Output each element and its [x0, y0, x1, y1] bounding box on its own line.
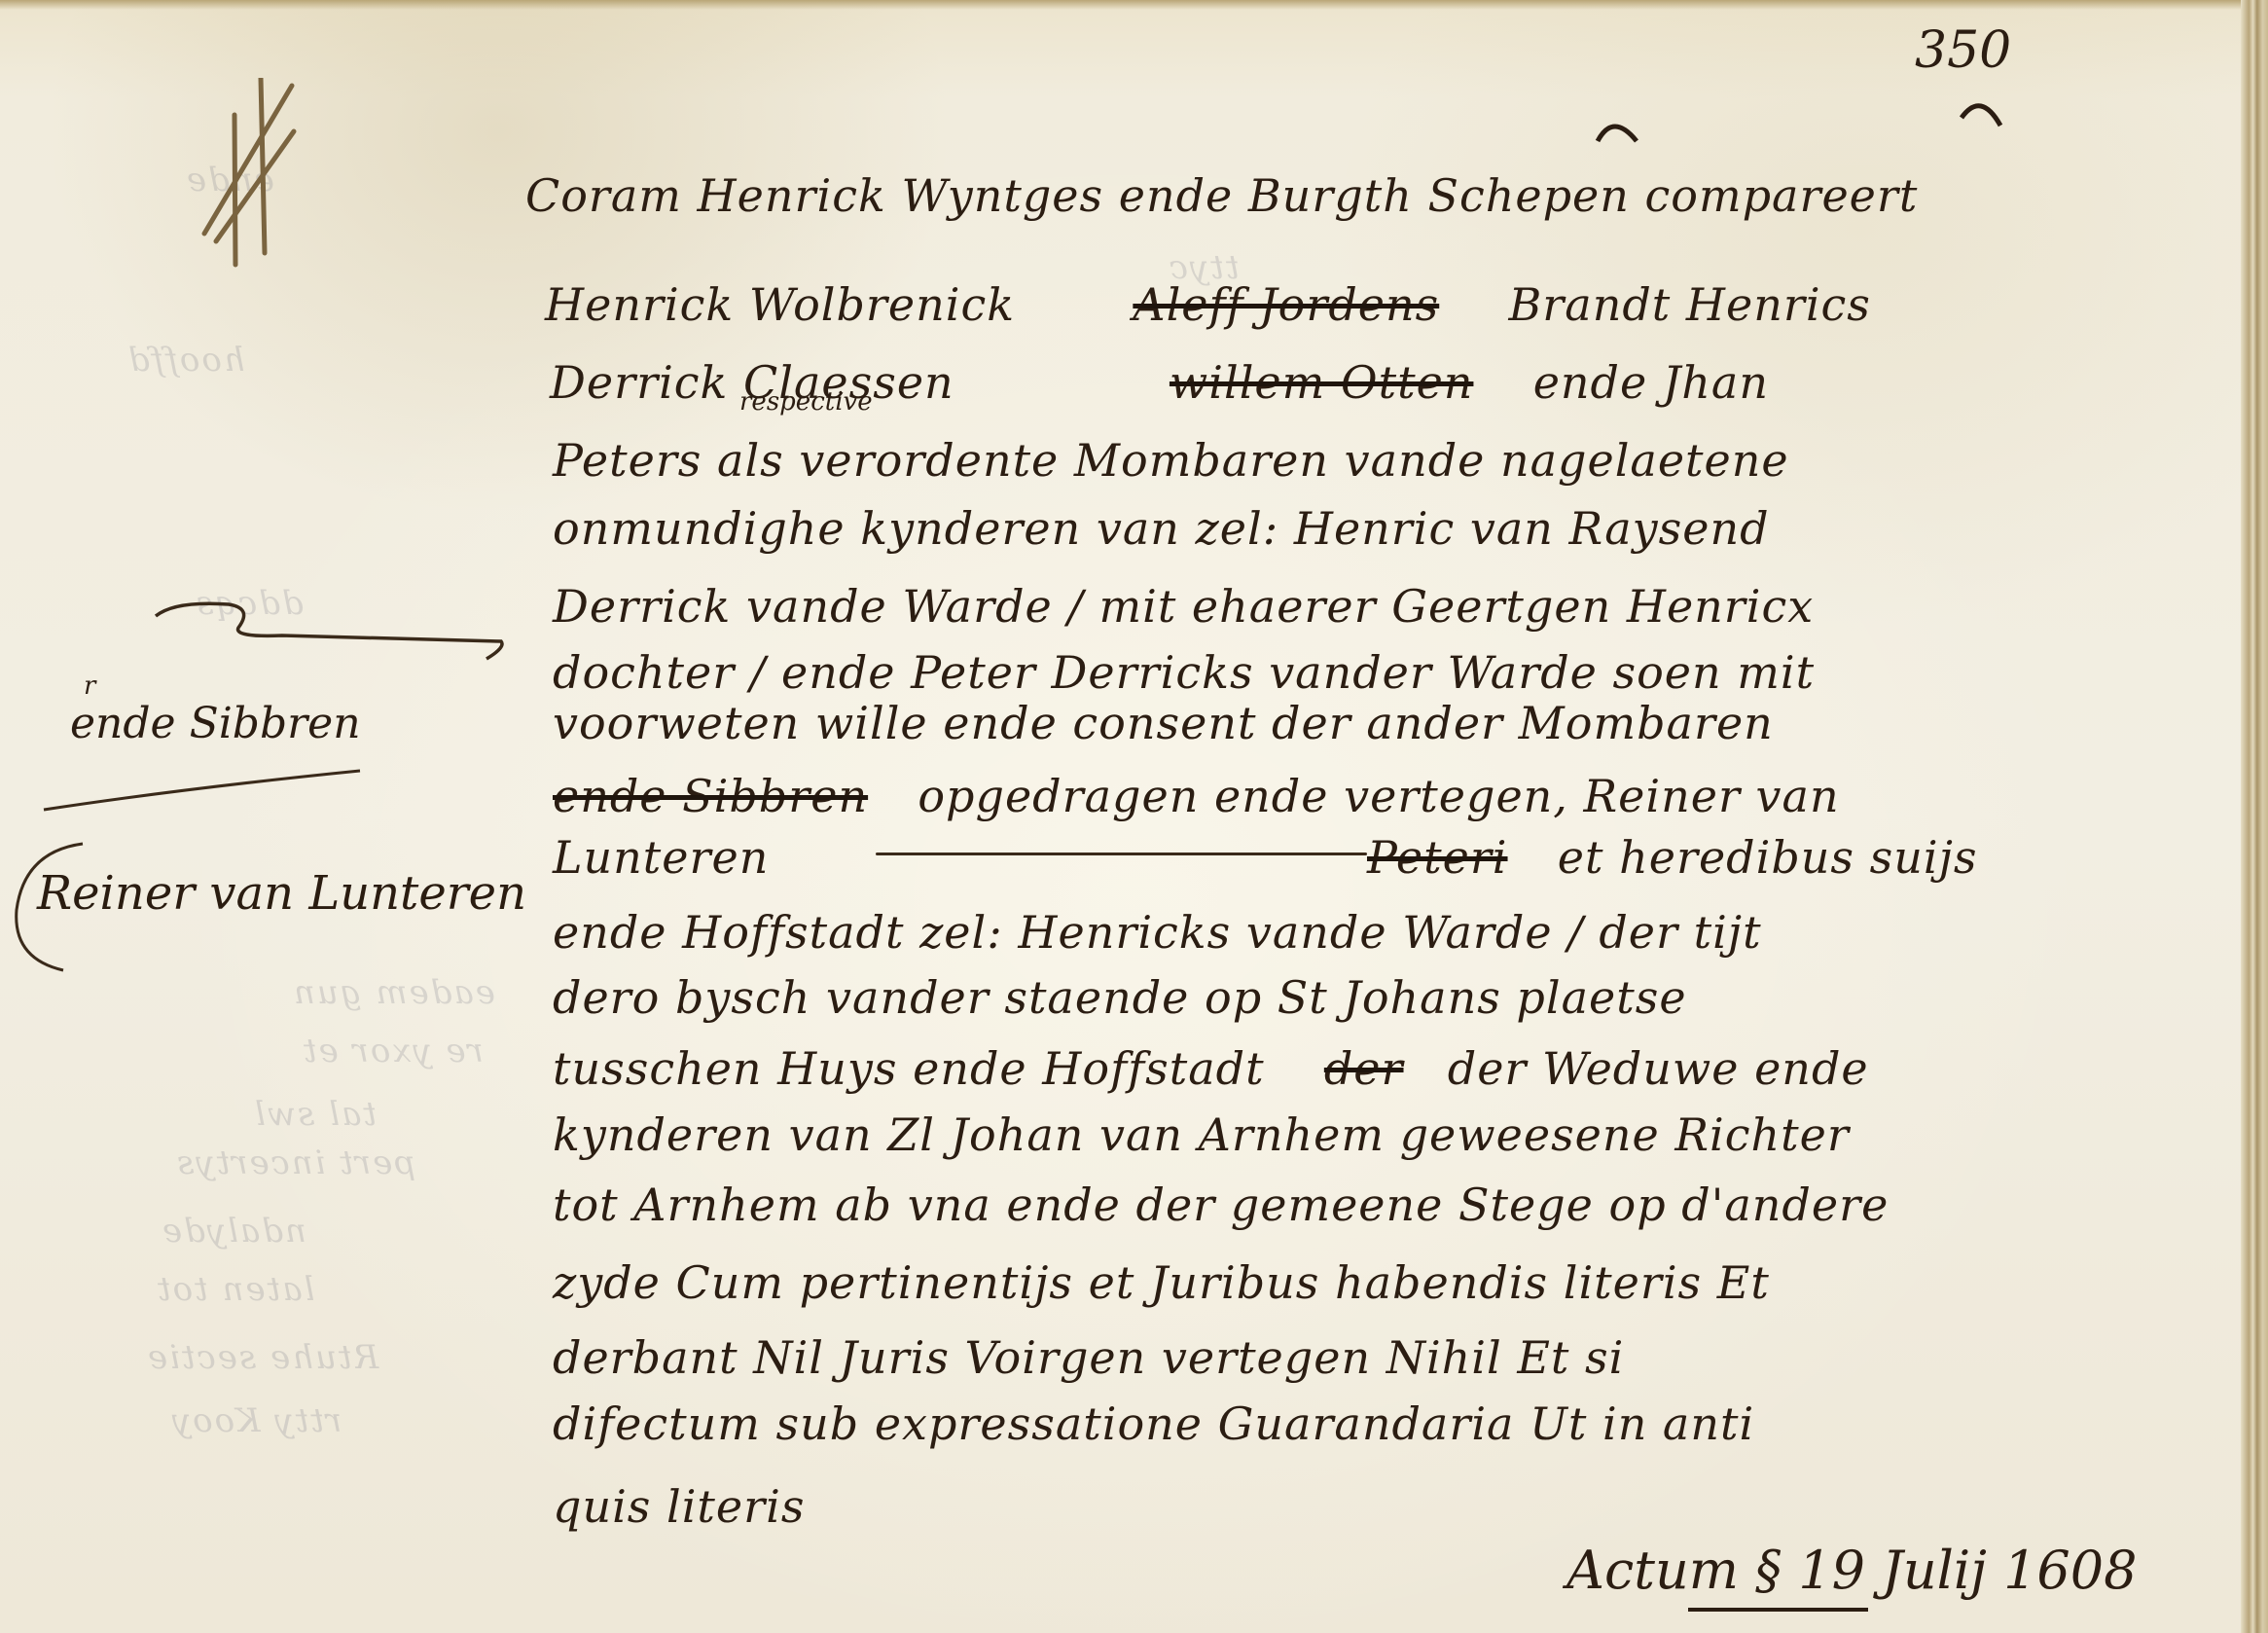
body-line-text: opgedragen ende vertegen, Reiner van: [918, 770, 1839, 822]
bleed-through-text: hooffd: [126, 341, 245, 380]
date-month: Julij: [1882, 1540, 1987, 1601]
interlinear-insertion: respective: [739, 387, 873, 417]
body-line-text: quis literis: [553, 1480, 805, 1533]
manuscript-page: ende ttyc hooffd ddcqs eadem gun re yxor…: [0, 0, 2268, 1633]
body-line-text: dochter / ende Peter Derricks vander War…: [553, 646, 1815, 699]
margin-bracket-icon: [136, 599, 525, 667]
bleed-through-text: pert incertys: [175, 1143, 415, 1182]
body-line-text: voorweten wille ende consent der ander M…: [553, 697, 1774, 749]
struck-text: ende Sibbren: [553, 770, 868, 822]
bleed-through-text: tal swl: [253, 1095, 377, 1134]
body-line-15: tot Arnhem ab vna ende der gemeene Stege…: [553, 1182, 1889, 1227]
bleed-through-text: ndalyde: [161, 1212, 306, 1251]
body-line-10: Lunteren: [553, 835, 769, 880]
body-line-1: Coram Henrick Wyntges ende Burgth Schepe…: [525, 173, 1918, 218]
body-line-3: Derrick Claessen willem Otten ende Jhan: [550, 360, 1769, 405]
body-line-5: onmundighe kynderen van zel: Henric van …: [553, 506, 1770, 551]
body-line-text: onmundighe kynderen van zel: Henric van …: [553, 502, 1770, 555]
struck-text: Aleff Jordens: [1133, 278, 1439, 331]
section-sign-icon: §: [1755, 1540, 1782, 1601]
page-top-edge: [0, 0, 2268, 10]
margin-note-text: ende Sibbren: [70, 699, 361, 748]
body-line-text: der Weduwe ende: [1448, 1042, 1869, 1095]
body-line-9: ende Sibbren opgedragen ende vertegen, R…: [553, 774, 1840, 818]
struck-text: Peteri: [1367, 831, 1508, 884]
page-number: 350: [1915, 21, 2011, 80]
body-line-text: difectum sub expressatione Guarandaria U…: [553, 1397, 1754, 1450]
body-line-text: ende Hoffstadt zel: Henricks vande Warde…: [553, 906, 1762, 959]
body-line-text: Henrick Wolbrenick: [545, 278, 1015, 331]
margin-rule-icon: [39, 759, 370, 817]
body-line-text: ende Jhan: [1533, 356, 1769, 409]
book-gutter-edge: [2241, 0, 2268, 1633]
body-line-8: voorweten wille ende consent der ander M…: [553, 701, 1774, 745]
body-line-text: Brandt Henrics: [1508, 278, 1870, 331]
margin-note: ende Sibbren: [70, 699, 361, 748]
margin-signature: Reiner van Lunteren: [37, 866, 526, 921]
body-line-14: kynderen van Zl Johan van Arnhem geweese…: [553, 1112, 1850, 1157]
body-line-4: Peters als verordente Mombaren vande nag…: [553, 438, 1789, 483]
body-line-text: Coram Henrick Wyntges ende Burgth Schepe…: [525, 169, 1918, 222]
abbreviation-arc-icon: [1958, 92, 2006, 131]
date-underline: [1688, 1608, 1868, 1612]
bleed-through-text: eadem gun: [292, 973, 495, 1012]
body-line-text: dero bysch vander staende op St Johans p…: [553, 971, 1687, 1024]
struck-text: willem Otten: [1170, 356, 1474, 409]
body-line-text: zyde Cum pertinentijs et Juribus habendi…: [553, 1256, 1770, 1309]
date-day: 19: [1798, 1540, 1865, 1601]
body-line-7: dochter / ende Peter Derricks vander War…: [553, 650, 1815, 695]
body-line-13: tusschen Huys ende Hoffstadt der der Wed…: [553, 1046, 1869, 1091]
body-line-19: quis literis: [553, 1484, 805, 1529]
fill-line-rule: [876, 853, 1367, 855]
abbreviation-arc-icon: [1594, 112, 1642, 151]
body-line-text: Derrick vande Warde / mit ehaerer Geertg…: [553, 580, 1814, 633]
bleed-through-text: re yxor et: [302, 1032, 484, 1071]
bleed-through-text: Rtuhe sectie: [146, 1338, 378, 1377]
body-line-text: Lunteren: [553, 831, 769, 884]
body-line-text: kynderen van Zl Johan van Arnhem geweese…: [553, 1108, 1850, 1161]
body-line-2: Henrick Wolbrenick Aleff Jordens Brandt …: [545, 282, 1871, 327]
actum-label: Actum: [1566, 1540, 1739, 1601]
body-line-text: et heredibus suijs: [1558, 831, 1978, 884]
body-line-12: dero bysch vander staende op St Johans p…: [553, 975, 1687, 1020]
body-line-6: Derrick vande Warde / mit ehaerer Geertg…: [553, 584, 1814, 629]
body-line-text: tot Arnhem ab vna ende der gemeene Stege…: [553, 1179, 1889, 1231]
body-line-text: tusschen Huys ende Hoffstadt: [553, 1042, 1265, 1095]
struck-text: der: [1324, 1042, 1404, 1095]
body-line-text: Peters als verordente Mombaren vande nag…: [553, 434, 1789, 487]
margin-note-superscript: r: [84, 671, 95, 701]
closing-date: Actum § 19 Julij 1608: [1566, 1540, 2138, 1601]
bleed-through-text: laten tot: [156, 1270, 314, 1309]
body-line-11: ende Hoffstadt zel: Henricks vande Warde…: [553, 910, 1762, 955]
tally-mark-icon: [195, 78, 321, 272]
body-line-17: derbant Nil Juris Voirgen vertegen Nihil…: [553, 1335, 1624, 1380]
body-line-16: zyde Cum pertinentijs et Juribus habendi…: [553, 1260, 1770, 1305]
date-year: 1608: [2003, 1540, 2137, 1601]
body-line-text: derbant Nil Juris Voirgen vertegen Nihil…: [553, 1331, 1624, 1384]
bleed-through-text: rtty Kooy: [170, 1401, 342, 1440]
body-line-10-end: Peteri et heredibus suijs: [1367, 835, 1977, 880]
body-line-18: difectum sub expressatione Guarandaria U…: [553, 1401, 1754, 1446]
